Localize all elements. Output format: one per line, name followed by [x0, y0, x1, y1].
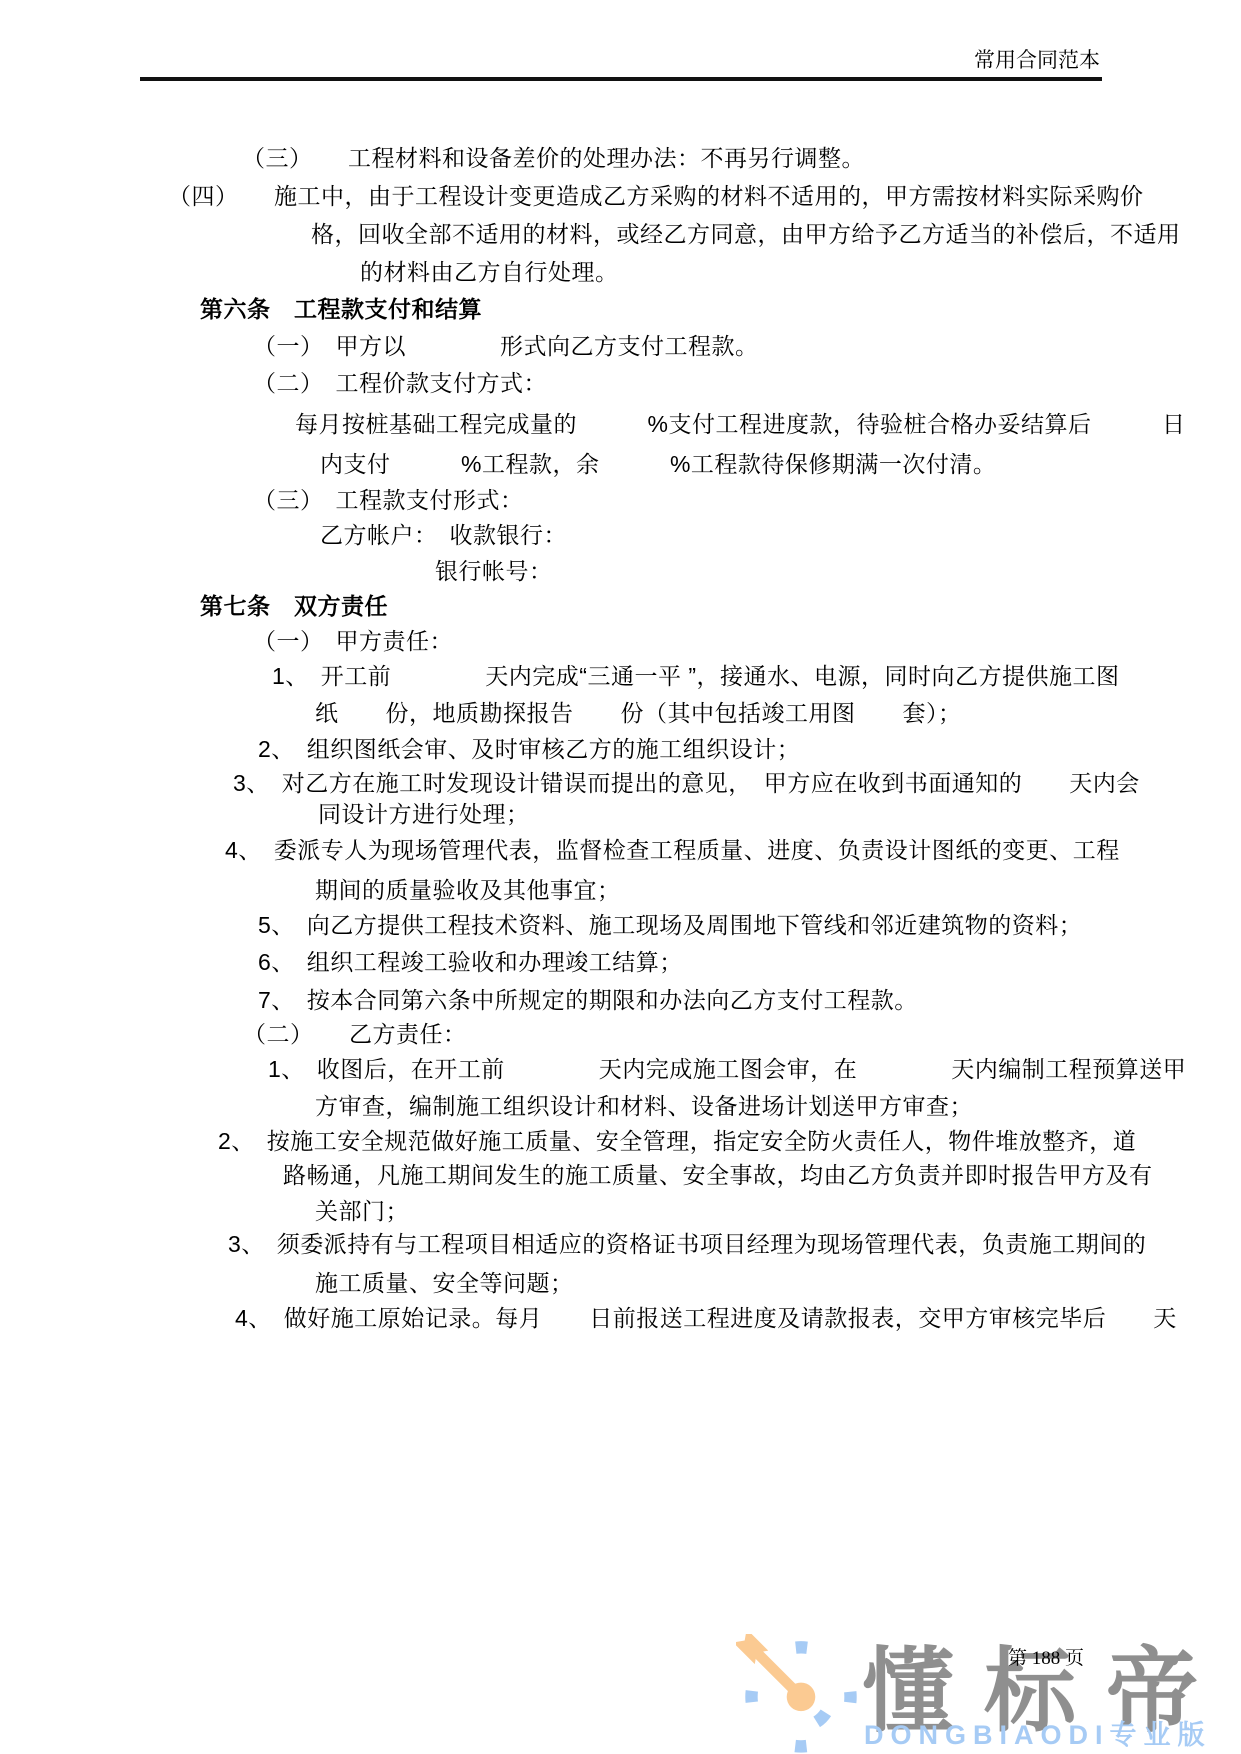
document-line: 2、 按施工安全规范做好施工质量、安全管理，指定安全防火责任人，物件堆放整齐，道: [218, 1128, 1136, 1156]
document-line: （四） 施工中，由于工程设计变更造成乙方采购的材料不适用的，甲方需按材料实际采购…: [168, 183, 1144, 211]
header-rule: [140, 77, 1102, 81]
document-line: （二） 乙方责任：: [243, 1021, 467, 1049]
watermark-tagline: DONGBIAODI专业版: [864, 1722, 1212, 1749]
document-line: 5、 向乙方提供工程技术资料、施工现场及周围地下管线和邻近建筑物的资料；: [258, 912, 1082, 940]
document-line: 内支付 %工程款，余 %工程款待保修期满一次付清。: [320, 451, 996, 479]
document-line: （三） 工程材料和设备差价的处理办法：不再另行调整。: [242, 145, 865, 173]
document-line: 关部门；: [315, 1198, 409, 1226]
document-line: 纸 份，地质勘探报告 份（其中包括竣工用图 套）；: [315, 700, 962, 728]
document-line: 3、 须委派持有与工程项目相适应的资格证书项目经理为现场管理代表，负责施工期间的: [228, 1231, 1146, 1259]
document-line: 路畅通，凡施工期间发生的施工质量、安全事故，均由乙方负责并即时报告甲方及有: [283, 1162, 1153, 1190]
document-line: 4、 做好施工原始记录。每月 日前报送工程进度及请款报表，交甲方审核完毕后 天: [235, 1305, 1177, 1333]
page-header-title: 常用合同范本: [974, 48, 1100, 73]
document-line: 1、 开工前 天内完成“三通一平 ”，接通水、电源，同时向乙方提供施工图: [272, 663, 1120, 691]
document-line: （三） 工程款支付形式：: [253, 487, 524, 515]
contract-document-page: 常用合同范本 （三） 工程材料和设备差价的处理办法：不再另行调整。 （四） 施工…: [0, 0, 1241, 1754]
document-line: 同设计方进行处理；: [318, 801, 530, 829]
document-line: 期间的质量验收及其他事宜；: [315, 877, 621, 905]
document-line: 格，回收全部不适用的材料，或经乙方同意，由甲方给予乙方适当的补偿后，不适用: [311, 221, 1181, 249]
document-line: （一） 甲方责任：: [253, 628, 453, 656]
clause-heading-article-6: 第六条 工程款支付和结算: [200, 296, 482, 324]
document-line: （一） 甲方以 形式向乙方支付工程款。: [253, 333, 759, 361]
document-line: 每月按桩基础工程完成量的 %支付工程进度款，待验桩合格办妥结算后 日: [295, 411, 1185, 439]
document-line: 施工质量、安全等问题；: [315, 1270, 574, 1298]
document-line: 乙方帐户： 收款银行：: [320, 522, 567, 550]
document-line: （二） 工程价款支付方式：: [253, 370, 547, 398]
document-line: 7、 按本合同第六条中所规定的期限和办法向乙方支付工程款。: [258, 987, 918, 1015]
target-dart-icon: [736, 1634, 866, 1754]
document-line: 方审查，编制施工组织设计和材料、设备进场计划送甲方审查；: [315, 1093, 973, 1121]
document-line: 的材料由乙方自行处理。: [360, 259, 619, 287]
page-number: 第 188 页: [1008, 1643, 1084, 1670]
document-line: 银行帐号：: [435, 558, 553, 586]
document-line: 4、 委派专人为现场管理代表，监督检查工程质量、进度、负责设计图纸的变更、工程: [225, 837, 1120, 865]
clause-heading-article-7: 第七条 双方责任: [200, 593, 388, 621]
document-line: 2、 组织图纸会审、及时审核乙方的施工组织设计；: [258, 736, 800, 764]
document-line: 1、 收图后，在开工前 天内完成施工图会审，在 天内编制工程预算送甲: [268, 1056, 1186, 1084]
document-line: 3、 对乙方在施工时发现设计错误而提出的意见， 甲方应在收到书面通知的 天内会: [233, 770, 1140, 798]
document-line: 6、 组织工程竣工验收和办理竣工结算；: [258, 949, 683, 977]
